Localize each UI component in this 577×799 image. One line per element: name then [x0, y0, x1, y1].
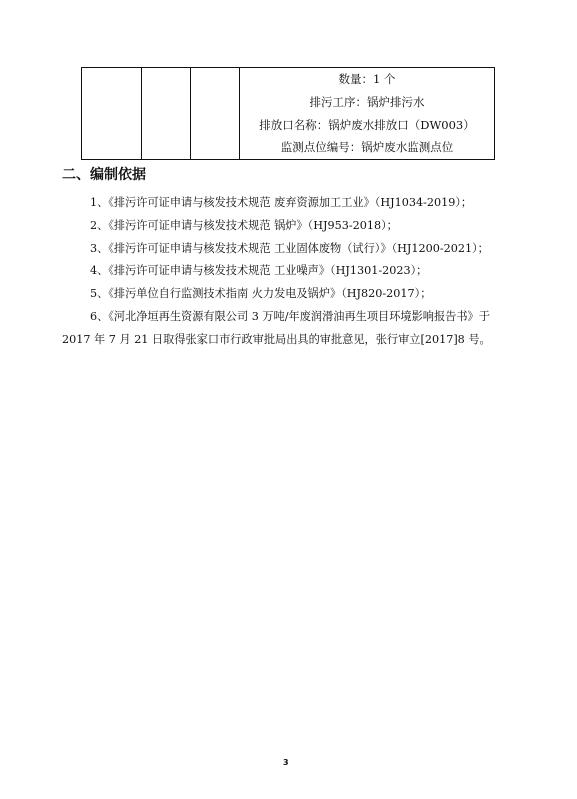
cell-line-outlet-name: 排放口名称：锅炉废水排放口（DW003）	[240, 118, 494, 132]
cell-line-monitoring-point: 监测点位编号：锅炉废水监测点位	[240, 140, 494, 154]
basis-item-6: 6、《河北净垣再生资源有限公司 3 万吨/年废润滑油再生项目环境影响报告书》于	[90, 310, 490, 324]
table-cell-details: 数量：1 个 排污工序：锅炉排污水 排放口名称：锅炉废水排放口（DW003） 监…	[240, 68, 494, 159]
basis-item-4: 4、《排污许可证申请与核发技术规范 工业噪声》（HJ1301-2023）；	[90, 264, 427, 278]
cell-line-quantity: 数量：1 个	[240, 72, 494, 86]
table-column-divider	[190, 68, 191, 159]
basis-item-3: 3、《排污许可证申请与核发技术规范 工业固体废物（试行）》（HJ1200-202…	[90, 242, 489, 256]
basis-item-2: 2、《排污许可证申请与核发技术规范 锅炉》（HJ953-2018）；	[90, 219, 398, 233]
basis-item-1: 1、《排污许可证申请与核发技术规范 废弃资源加工工业》（HJ1034-2019）…	[90, 196, 472, 210]
basis-item-6-continuation: 2017 年 7 月 21 日取得张家口市行政审批局出具的审批意见，张行审立[2…	[62, 333, 491, 347]
table-column-divider	[141, 68, 142, 159]
basis-item-5: 5、《排污单位自行监测技术指南 火力发电及锅炉》（HJ820-2017）；	[90, 287, 431, 301]
page-number: 3	[283, 758, 289, 767]
section-heading: 二、编制依据	[62, 166, 146, 184]
emission-outlet-table: 数量：1 个 排污工序：锅炉排污水 排放口名称：锅炉废水排放口（DW003） 监…	[81, 67, 495, 160]
cell-line-process: 排污工序：锅炉排污水	[240, 95, 494, 109]
